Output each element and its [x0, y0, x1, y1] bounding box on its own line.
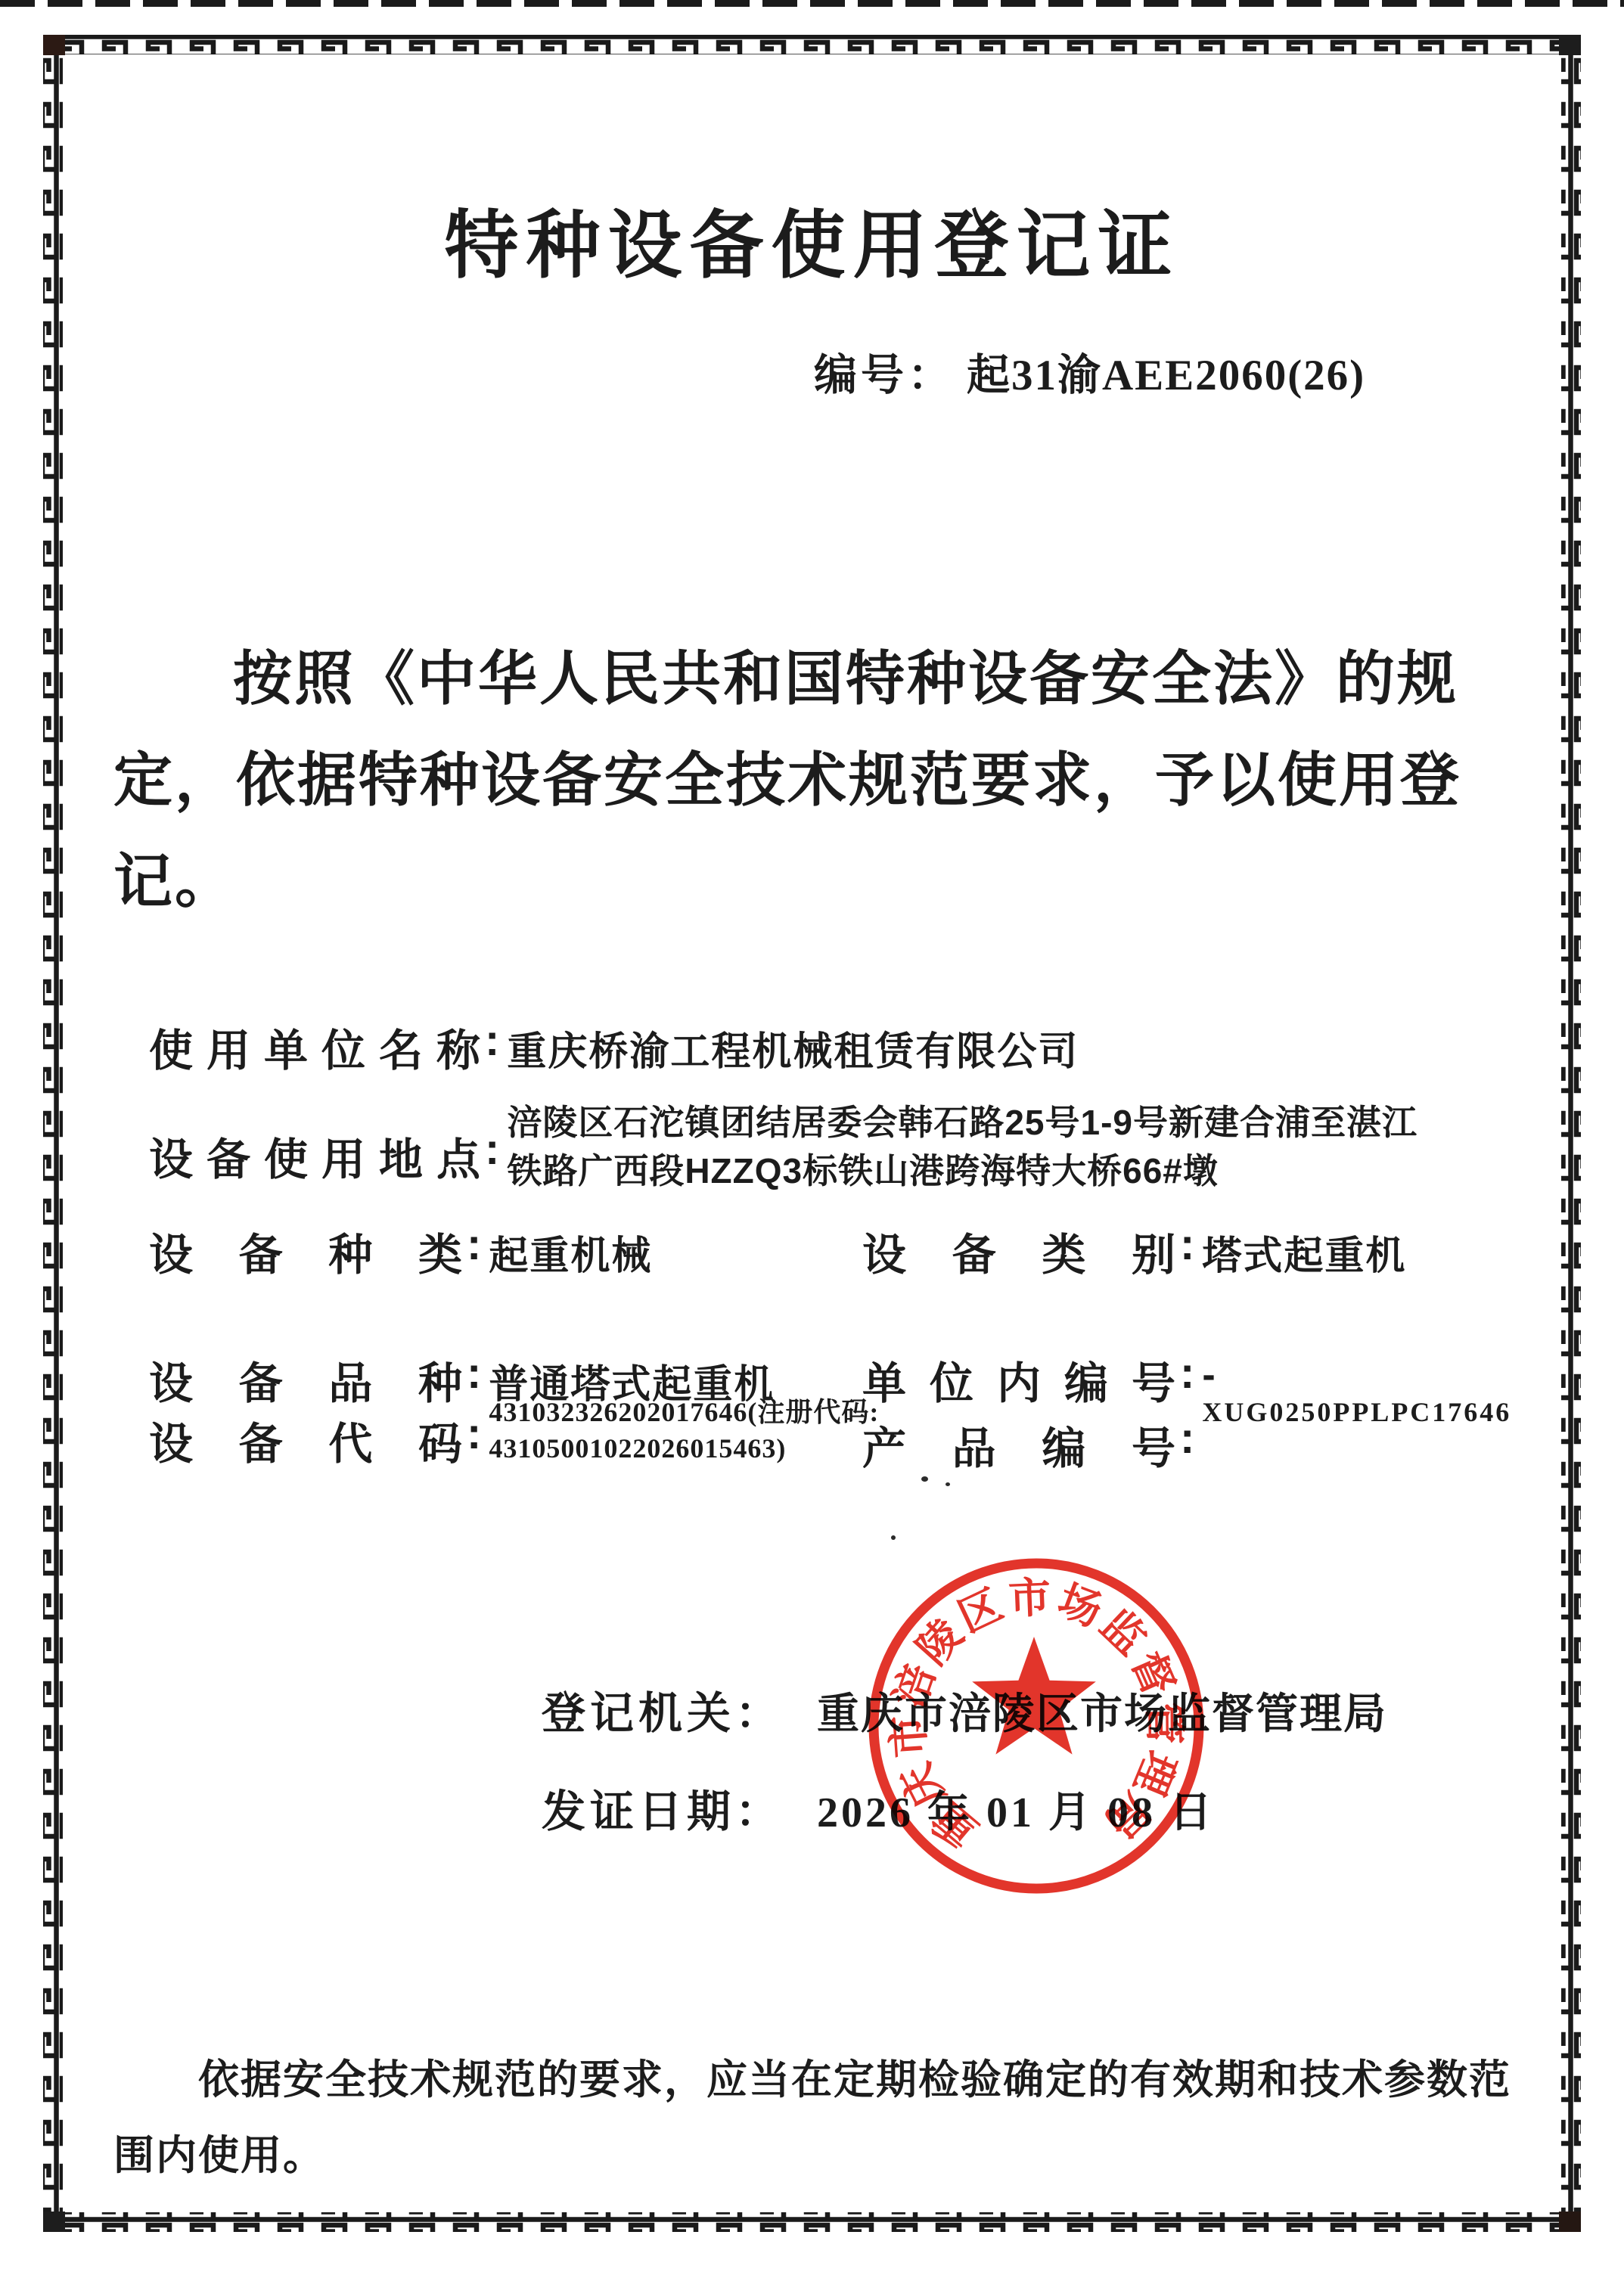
- category-label: 设备类别: [862, 1219, 1175, 1283]
- field-row-location: 设备使用地点 : 涪陵区石沱镇团结居委会韩石路25号1-9号新建合浦至湛江 铁路…: [149, 1098, 1418, 1195]
- location-value: 涪陵区石沱镇团结居委会韩石路25号1-9号新建合浦至湛江 铁路广西段HZZQ3标…: [507, 1098, 1418, 1195]
- serial-number-row: 编号 ： 起31渝AEE2060(26): [814, 340, 1365, 402]
- kind-label: 设备种类: [149, 1219, 462, 1283]
- border-corner-bottomright: [1559, 2212, 1581, 2232]
- product-no-label: 产品编号: [862, 1413, 1175, 1476]
- field-row-device-code: 设备代码 : 431032326202017646(注册代码: 43105001…: [149, 1393, 879, 1472]
- serial-value: 起31渝AEE2060(26): [967, 340, 1365, 402]
- field-row-use-unit: 使用单位名称 : 重庆桥渝工程机械租赁有限公司: [149, 1015, 1079, 1079]
- border-bottom-band: [43, 2212, 1581, 2232]
- border-top-band: [43, 35, 1581, 54]
- product-no-value: XUG0250PPLPC17646: [1202, 1396, 1511, 1428]
- footer-note: 依据安全技术规范的要求，应当在定期检验确定的有效期和技术参数范围内使用。: [113, 2042, 1529, 2193]
- category-value: 塔式起重机: [1202, 1224, 1406, 1280]
- location-colon: :: [485, 1124, 499, 1175]
- scan-speck: [946, 1482, 950, 1486]
- border-left-band: [43, 35, 63, 2232]
- product-no-colon: :: [1180, 1413, 1194, 1464]
- intro-paragraph: 按照《中华人民共和国特种设备安全法》的规定，依据特种设备安全技术规范要求，予以使…: [113, 628, 1549, 932]
- location-value-line2: 铁路广西段HZZQ3标铁山港跨海特大桥66#墩: [507, 1147, 1418, 1195]
- scan-speck: [891, 1535, 896, 1540]
- field-row-kind: 设备种类 : 起重机械: [149, 1219, 652, 1283]
- use-unit-value: 重庆桥渝工程机械租赁有限公司: [507, 1020, 1079, 1076]
- device-code-colon: :: [467, 1408, 481, 1459]
- border-corner-topleft: [43, 35, 65, 55]
- variety-colon: :: [467, 1348, 481, 1398]
- device-code-label: 设备代码: [149, 1408, 462, 1472]
- scan-speck: [921, 1476, 928, 1482]
- kind-colon: :: [467, 1219, 481, 1270]
- issue-date-label: 发证日期: [542, 1776, 735, 1839]
- serial-colon: ：: [908, 340, 955, 402]
- field-row-category: 设备类别 : 塔式起重机: [862, 1219, 1406, 1283]
- authority-colon: ：: [735, 1678, 784, 1741]
- border-corner-topright: [1559, 35, 1581, 55]
- use-unit-colon: :: [485, 1015, 499, 1066]
- unit-no-value: -: [1202, 1352, 1216, 1398]
- serial-label: 编号: [814, 340, 908, 402]
- official-seal: 重庆市涪陵区市场监督管理局: [862, 1552, 1210, 1900]
- border-right-band: [1561, 35, 1581, 2232]
- location-value-line1: 涪陵区石沱镇团结居委会韩石路25号1-9号新建合浦至湛江: [507, 1098, 1418, 1147]
- location-label: 设备使用地点: [149, 1124, 480, 1187]
- seal-star-icon: [972, 1637, 1096, 1755]
- issue-date-colon: ：: [735, 1776, 784, 1839]
- category-colon: :: [1180, 1219, 1194, 1270]
- certificate-page: 特种设备使用登记证 编号 ： 起31渝AEE2060(26) 按照《中华人民共和…: [0, 0, 1624, 2269]
- device-code-line1: 431032326202017646(注册代码:: [489, 1395, 879, 1429]
- use-unit-label: 使用单位名称: [149, 1015, 480, 1079]
- unit-no-colon: :: [1180, 1348, 1194, 1398]
- device-code-value: 431032326202017646(注册代码: 431050010220260…: [489, 1393, 879, 1466]
- authority-label: 登记机关: [542, 1678, 735, 1741]
- device-code-line2: 43105001022026015463): [489, 1431, 879, 1466]
- border-corner-bottomleft: [43, 2212, 65, 2232]
- field-row-product-no: 产品编号 : XUG0250PPLPC17646: [862, 1393, 1511, 1476]
- kind-value: 起重机械: [489, 1224, 652, 1280]
- page-title: 特种设备使用登记证: [0, 186, 1624, 293]
